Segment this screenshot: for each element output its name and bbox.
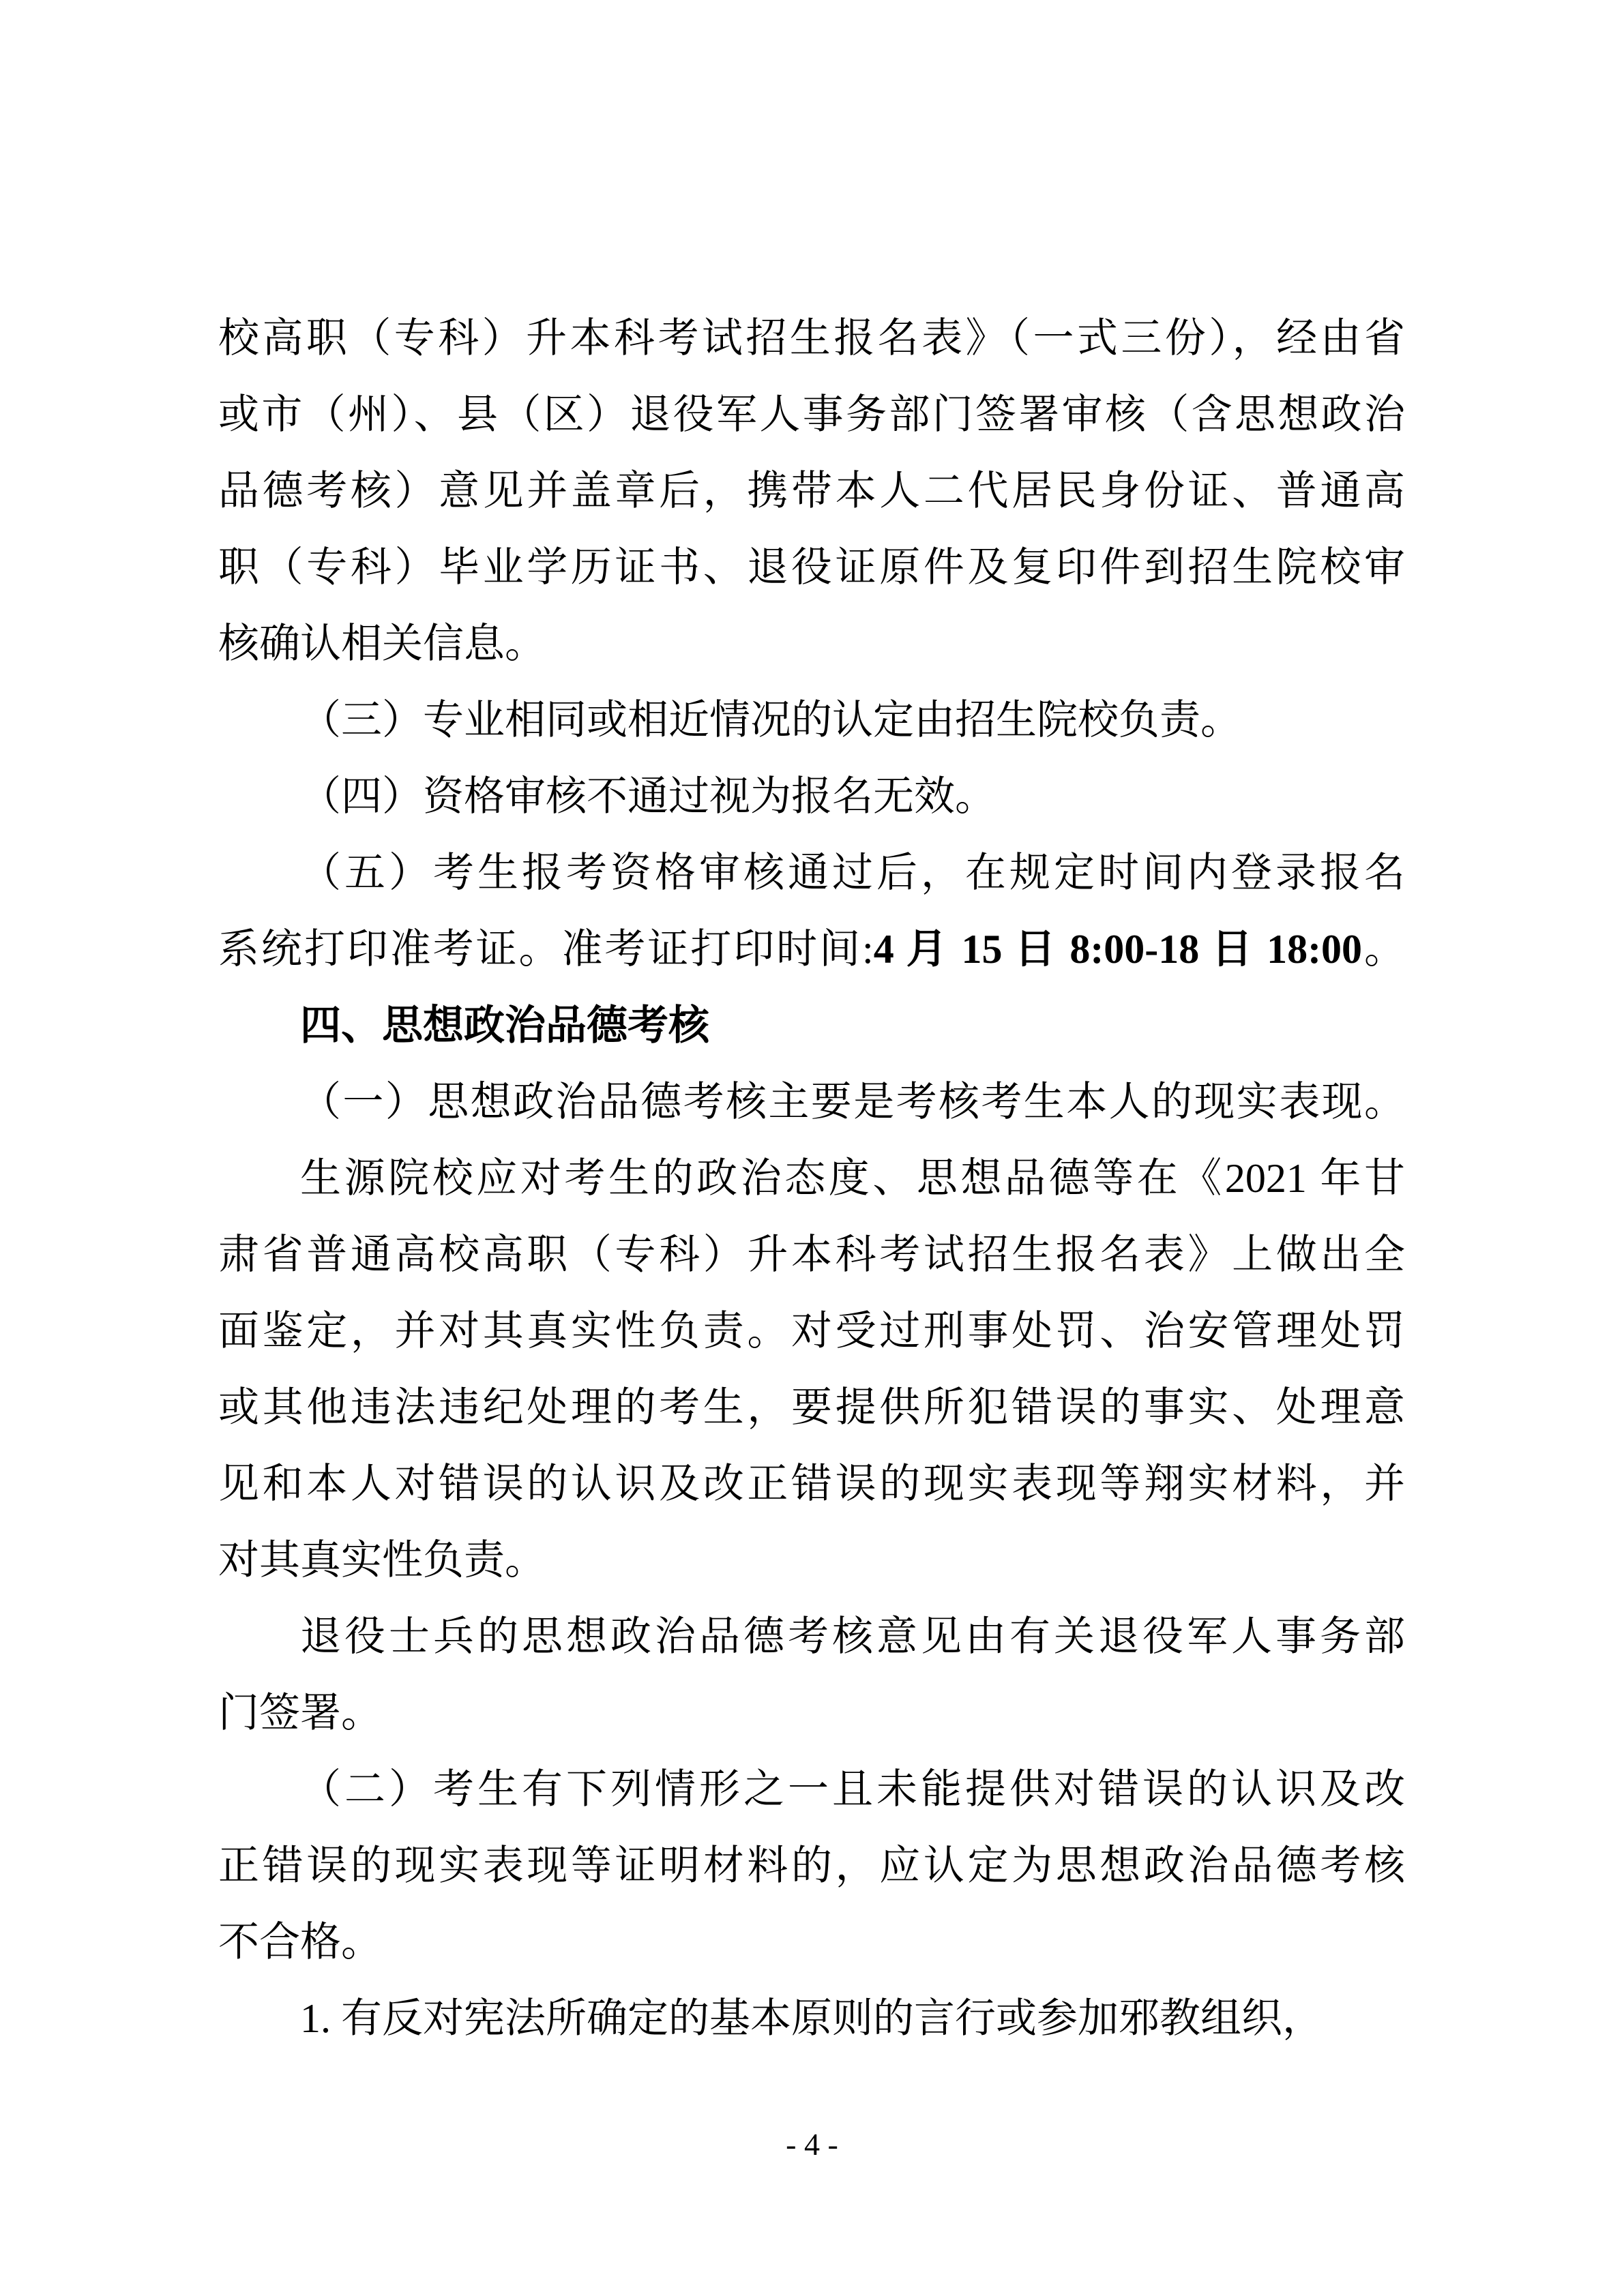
text-line: 退役士兵的思想政治品德考核意见由有关退役军人事务部 <box>218 1598 1405 1675</box>
text-line: （三）专业相同或相近情况的认定由招生院校负责。 <box>218 682 1405 758</box>
section: 四、思想政治品德考核 <box>218 987 1405 1064</box>
text-line: 职（专科）毕业学历证书、退役证原件及复印件到招生院校审 <box>218 529 1405 606</box>
text-line: 对其真实性负责。 <box>218 1522 1405 1598</box>
paragraph: （四）资格审核不通过视为报名无效。 <box>218 758 1405 835</box>
text-line: 校高职（专科）升本科考试招生报名表》（一式三份），经由省 <box>218 300 1405 376</box>
text-line: （二）考生有下列情形之一且未能提供对错误的认识及改 <box>218 1751 1405 1828</box>
page-footer: - 4 - <box>0 2126 1624 2163</box>
text-line: 门签署。 <box>218 1675 1405 1751</box>
paragraph: 退役士兵的思想政治品德考核意见由有关退役军人事务部 门签署。 <box>218 1598 1405 1751</box>
text-line: 正错误的现实表现等证明材料的，应认定为思想政治品德考核 <box>218 1828 1405 1904</box>
text-segment: 系统打印准考证。准考证打印时间: <box>218 927 874 972</box>
text-line: （五）考生报考资格审核通过后，在规定时间内登录报名 <box>218 835 1405 911</box>
paragraph: （五）考生报考资格审核通过后，在规定时间内登录报名 系统打印准考证。准考证打印时… <box>218 835 1405 987</box>
text-line: 品德考核）意见并盖章后，携带本人二代居民身份证、普通高 <box>218 453 1405 529</box>
text-line: 生源院校应对考生的政治态度、思想品德等在《2021 年甘 <box>218 1140 1405 1217</box>
text-line: 不合格。 <box>218 1904 1405 1980</box>
paragraph: （二）考生有下列情形之一且未能提供对错误的认识及改 正错误的现实表现等证明材料的… <box>218 1751 1405 1980</box>
text-line: （一）思想政治品德考核主要是考核考生本人的现实表现。 <box>218 1064 1405 1140</box>
paragraph: 校高职（专科）升本科考试招生报名表》（一式三份），经由省 或市（州）、县（区）退… <box>218 300 1405 682</box>
paragraph: 生源院校应对考生的政治态度、思想品德等在《2021 年甘 肃省普通高校高职（专科… <box>218 1140 1405 1598</box>
text-line: 见和本人对错误的认识及改正错误的现实表现等翔实材料，并 <box>218 1446 1405 1522</box>
document-body: 校高职（专科）升本科考试招生报名表》（一式三份），经由省 或市（州）、县（区）退… <box>218 300 1405 2057</box>
text-line: 1. 有反对宪法所确定的基本原则的言行或参加邪教组织， <box>218 1980 1405 2057</box>
paragraph: （三）专业相同或相近情况的认定由招生院校负责。 <box>218 682 1405 758</box>
text-segment: 。 <box>1362 927 1405 972</box>
text-line: 核确认相关信息。 <box>218 606 1405 682</box>
paragraph: （一）思想政治品德考核主要是考核考生本人的现实表现。 <box>218 1064 1405 1140</box>
text-line: （四）资格审核不通过视为报名无效。 <box>218 758 1405 835</box>
print-time-bold-text: 4 月 15 日 8:00-18 日 18:00 <box>874 927 1362 972</box>
section-heading: 四、思想政治品德考核 <box>218 987 1405 1064</box>
paragraph: 1. 有反对宪法所确定的基本原则的言行或参加邪教组织， <box>218 1980 1405 2057</box>
text-line: 或市（州）、县（区）退役军人事务部门签署审核（含思想政治 <box>218 376 1405 453</box>
text-line: 肃省普通高校高职（专科）升本科考试招生报名表》上做出全 <box>218 1217 1405 1293</box>
text-line: 面鉴定，并对其真实性负责。对受过刑事处罚、治安管理处罚 <box>218 1293 1405 1369</box>
document-page: 校高职（专科）升本科考试招生报名表》（一式三份），经由省 或市（州）、县（区）退… <box>0 0 1624 2296</box>
text-line: 或其他违法违纪处理的考生，要提供所犯错误的事实、处理意 <box>218 1369 1405 1446</box>
text-line: 系统打印准考证。准考证打印时间:4 月 15 日 8:00-18 日 18:00… <box>218 911 1405 987</box>
page-number: - 4 - <box>786 2127 838 2162</box>
